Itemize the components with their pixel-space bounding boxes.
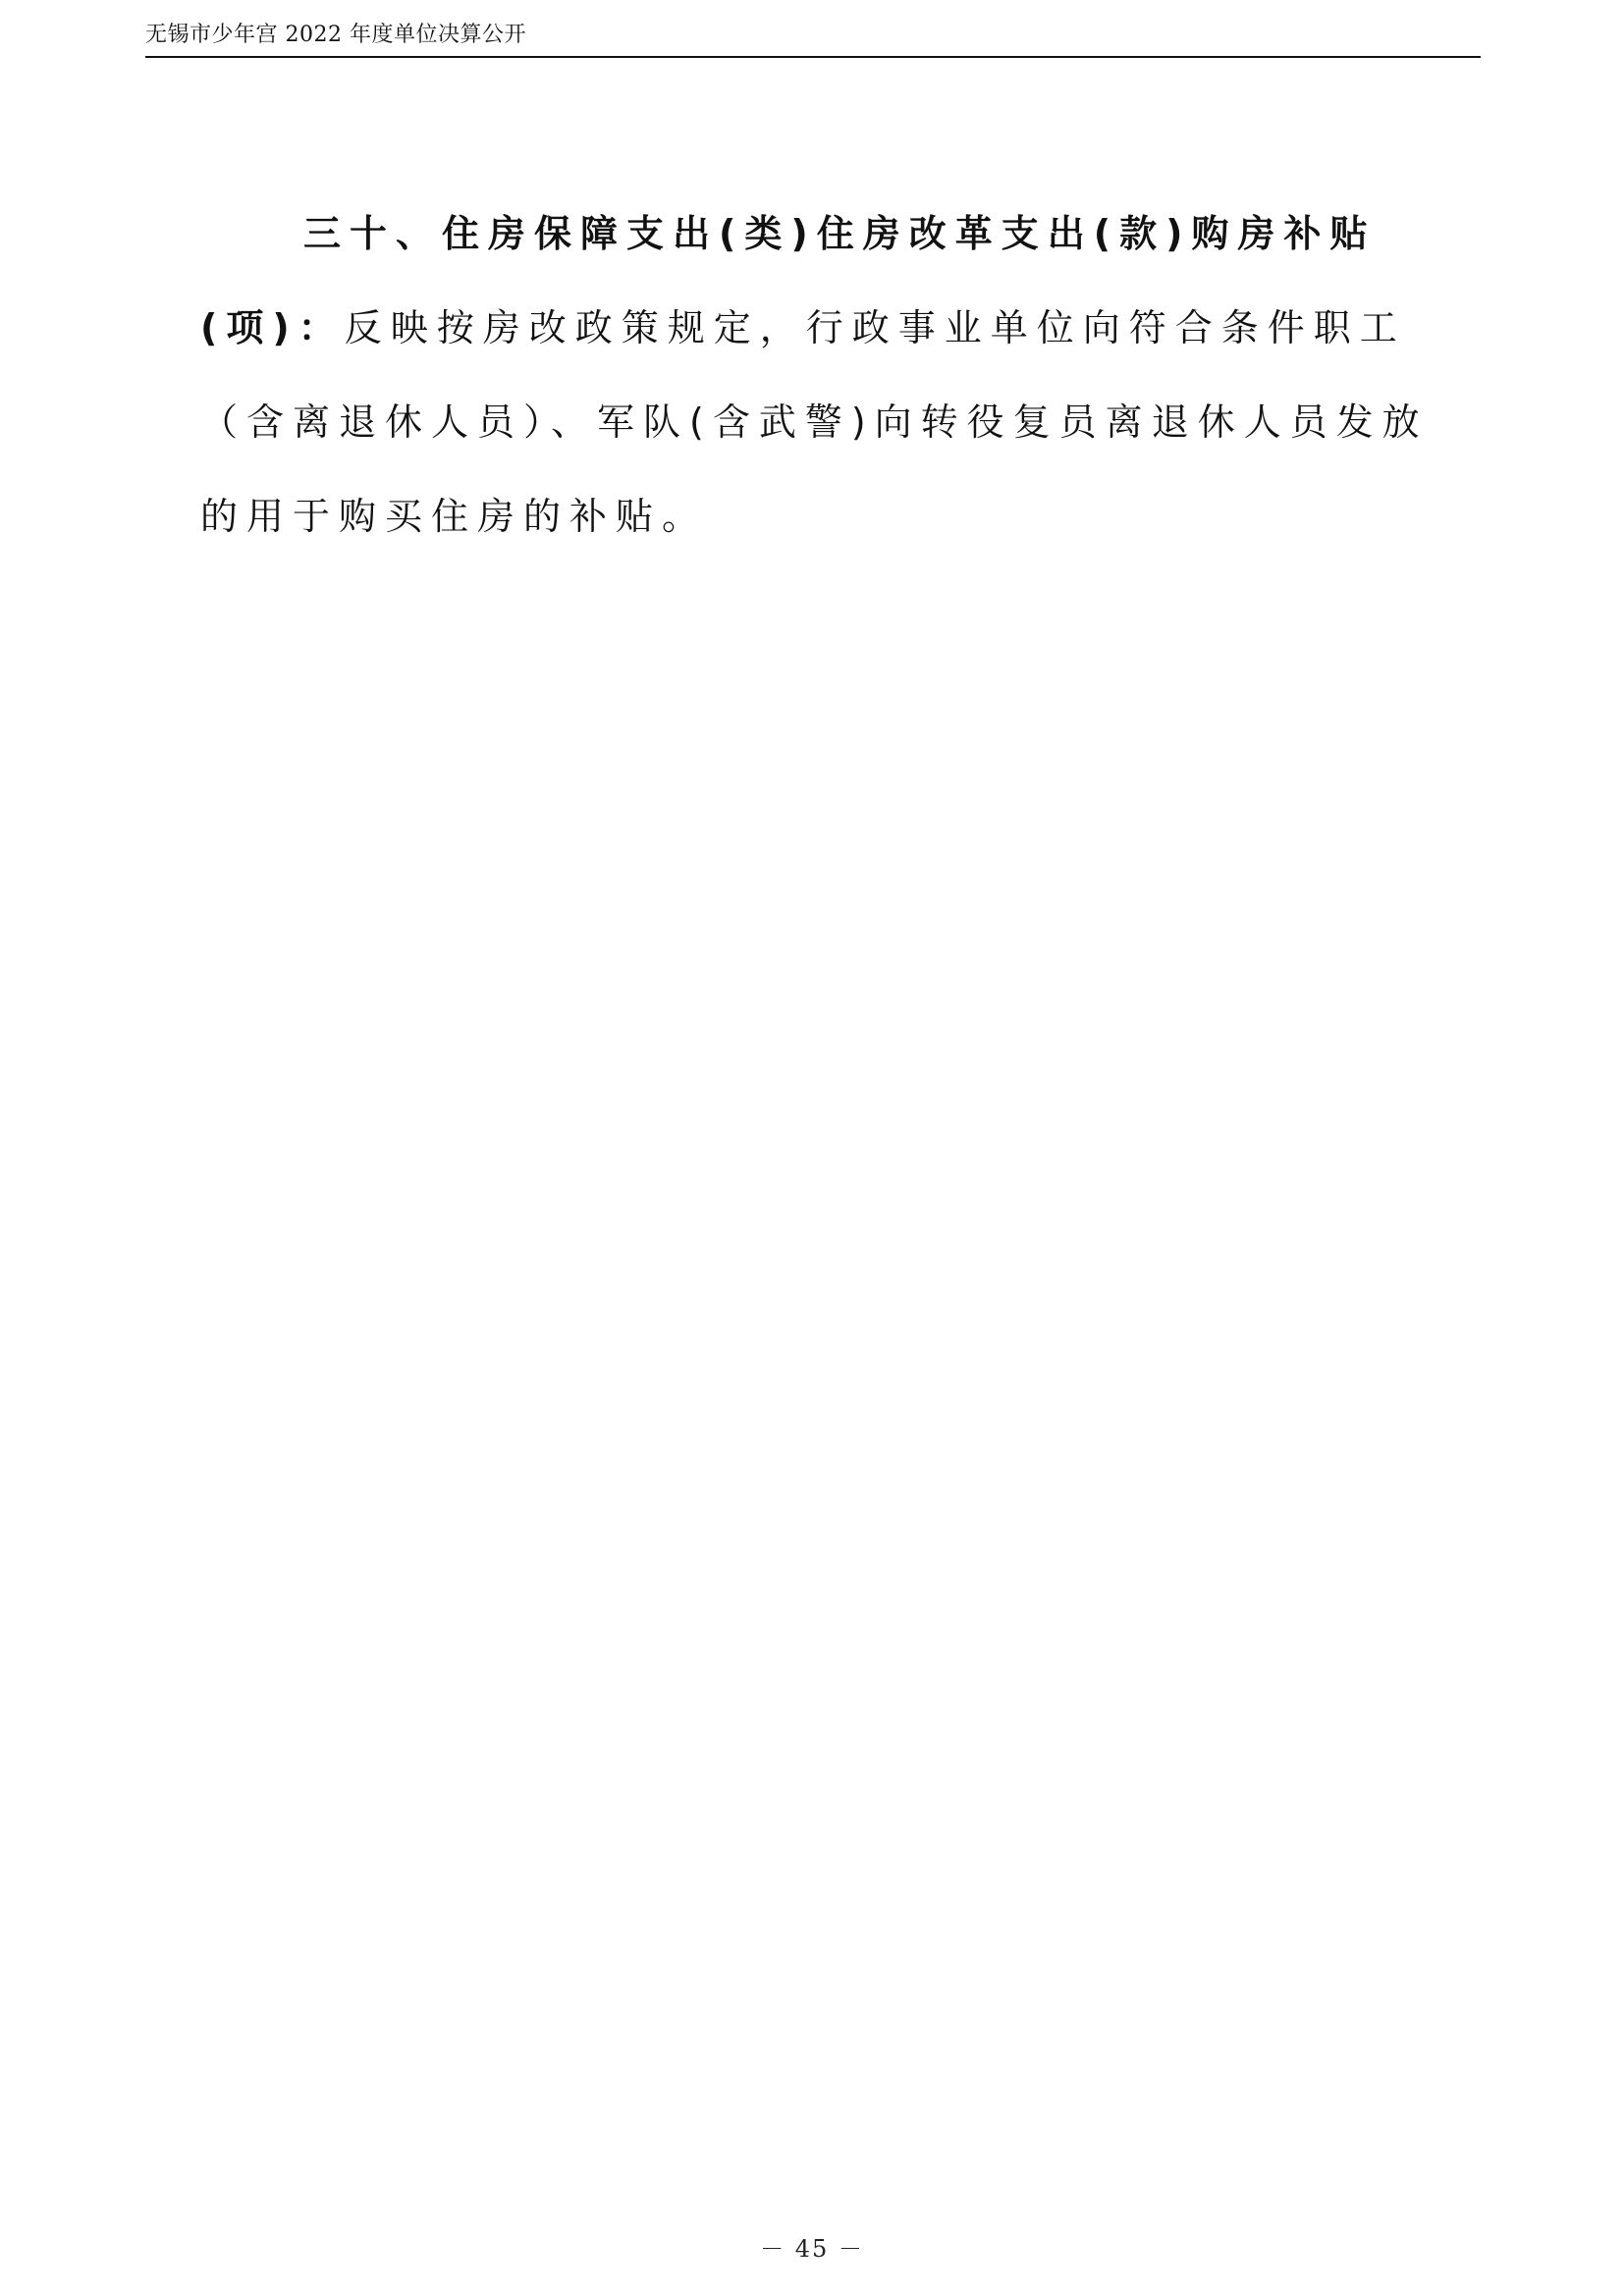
section-line-3: （含离退休人员）、军队(含武警)向转役复员离退休人员发放 (200, 375, 1418, 469)
section-heading: 三十、住房保障支出(类)住房改革支出(款)购房补贴 (303, 212, 1376, 255)
section-line-4: 的用于购买住房的补贴。 (200, 469, 1418, 563)
section-heading-suffix: (项)： (200, 306, 345, 349)
section-text-line-3: 的用于购买住房的补贴。 (200, 495, 708, 538)
section-text-line-2: （含离退休人员）、军队(含武警)向转役复员离退休人员发放 (200, 400, 1429, 444)
section-paragraph: 三十、住房保障支出(类)住房改革支出(款)购房补贴 (项)：反映按房改政策规定，… (210, 187, 1418, 563)
section-text-line-1: 反映按房改政策规定，行政事业单位向符合条件职工 (345, 306, 1406, 349)
document-title: 无锡市少年宫 2022 年度单位决算公开 (145, 22, 526, 49)
page-number: － 45 － (0, 2234, 1624, 2264)
section-heading-line-1: 三十、住房保障支出(类)住房改革支出(款)购房补贴 (210, 187, 1418, 281)
header-divider (145, 56, 1481, 58)
section-line-2: (项)：反映按房改政策规定，行政事业单位向符合条件职工 (200, 281, 1418, 375)
section-body: 三十、住房保障支出(类)住房改革支出(款)购房补贴 (项)：反映按房改政策规定，… (210, 187, 1418, 563)
page-header: 无锡市少年宫 2022 年度单位决算公开 (145, 22, 1481, 59)
